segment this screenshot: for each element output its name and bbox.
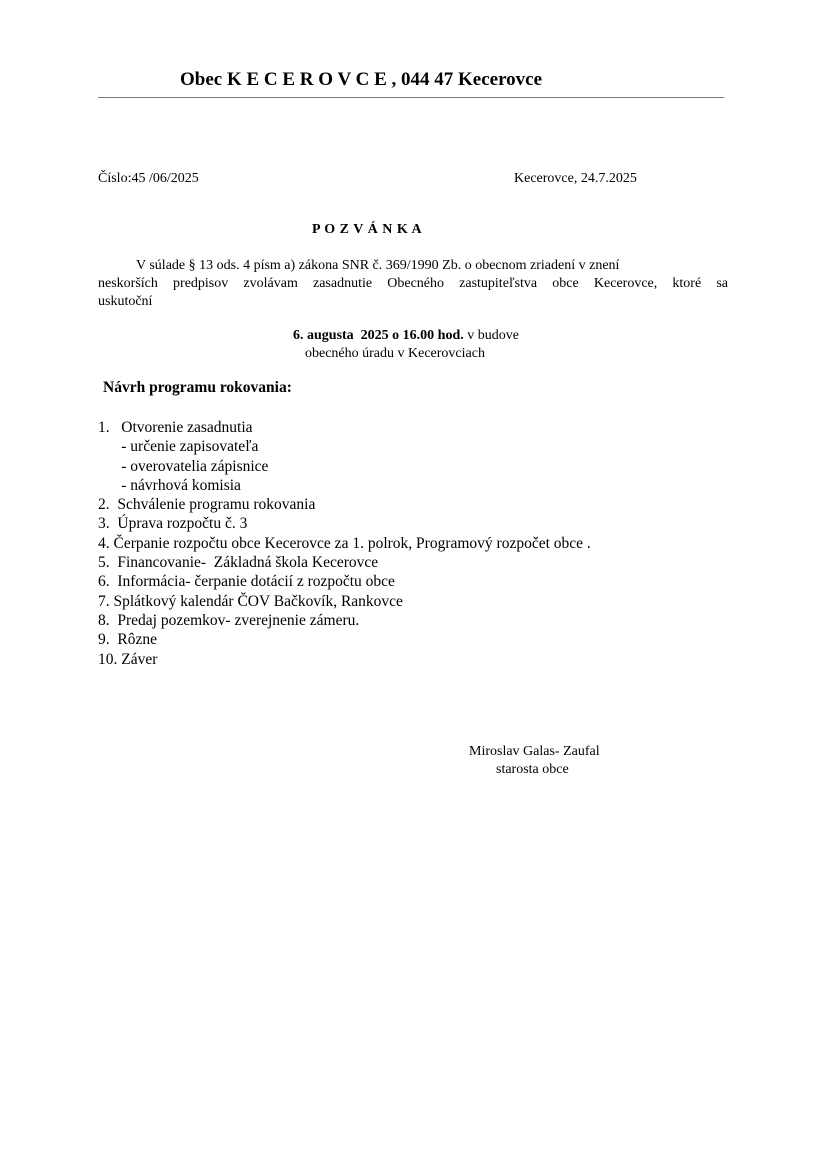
agenda-subitem: - určenie zapisovateľa — [98, 437, 591, 456]
agenda-item: 7. Splátkový kalendár ČOV Bačkovík, Rank… — [98, 592, 591, 611]
signature-name: Miroslav Galas- Zaufal — [469, 742, 600, 761]
agenda-list: 1. Otvorenie zasadnutia - určenie zapiso… — [98, 418, 591, 669]
agenda-heading: Návrh programu rokovania: — [103, 379, 292, 397]
intro-line-1: V súlade § 13 ods. 4 písm a) zákona SNR … — [136, 256, 619, 275]
meeting-location: obecného úradu v Kecerovciach — [305, 344, 485, 363]
place-date: Kecerovce, 24.7.2025 — [514, 169, 637, 188]
intro-line-3: uskutoční — [98, 292, 152, 311]
meeting-location-part1: v budove — [464, 328, 519, 343]
agenda-item: 4. Čerpanie rozpočtu obce Kecerovce za 1… — [98, 534, 591, 553]
signature-role: starosta obce — [496, 760, 569, 779]
agenda-item: 8. Predaj pozemkov- zverejnenie zámeru. — [98, 611, 591, 630]
agenda-item: 6. Informácia- čerpanie dotácií z rozpoč… — [98, 572, 591, 591]
meeting-datetime-line: 6. augusta 2025 o 16.00 hod. v budove — [293, 326, 519, 345]
agenda-item: 2. Schválenie programu rokovania — [98, 495, 591, 514]
agenda-item: 5. Financovanie- Základná škola Kecerovc… — [98, 553, 591, 572]
header-title: Obec K E C E R O V C E , 044 47 Kecerovc… — [180, 69, 542, 91]
meeting-datetime: 6. augusta 2025 o 16.00 hod. — [293, 328, 464, 343]
intro-line-2: neskorších predpisov zvolávam zasadnutie… — [98, 274, 728, 293]
agenda-item: 1. Otvorenie zasadnutia — [98, 418, 591, 437]
agenda-item: 9. Rôzne — [98, 630, 591, 649]
agenda-subitem: - overovatelia zápisnice — [98, 457, 591, 476]
reference-number: Číslo:45 /06/2025 — [98, 169, 199, 188]
agenda-item: 10. Záver — [98, 650, 591, 669]
agenda-item: 3. Úprava rozpočtu č. 3 — [98, 514, 591, 533]
header-divider — [98, 97, 724, 98]
document-title: P O Z V Á N K A — [312, 220, 422, 239]
agenda-subitem: - návrhová komisia — [98, 476, 591, 495]
